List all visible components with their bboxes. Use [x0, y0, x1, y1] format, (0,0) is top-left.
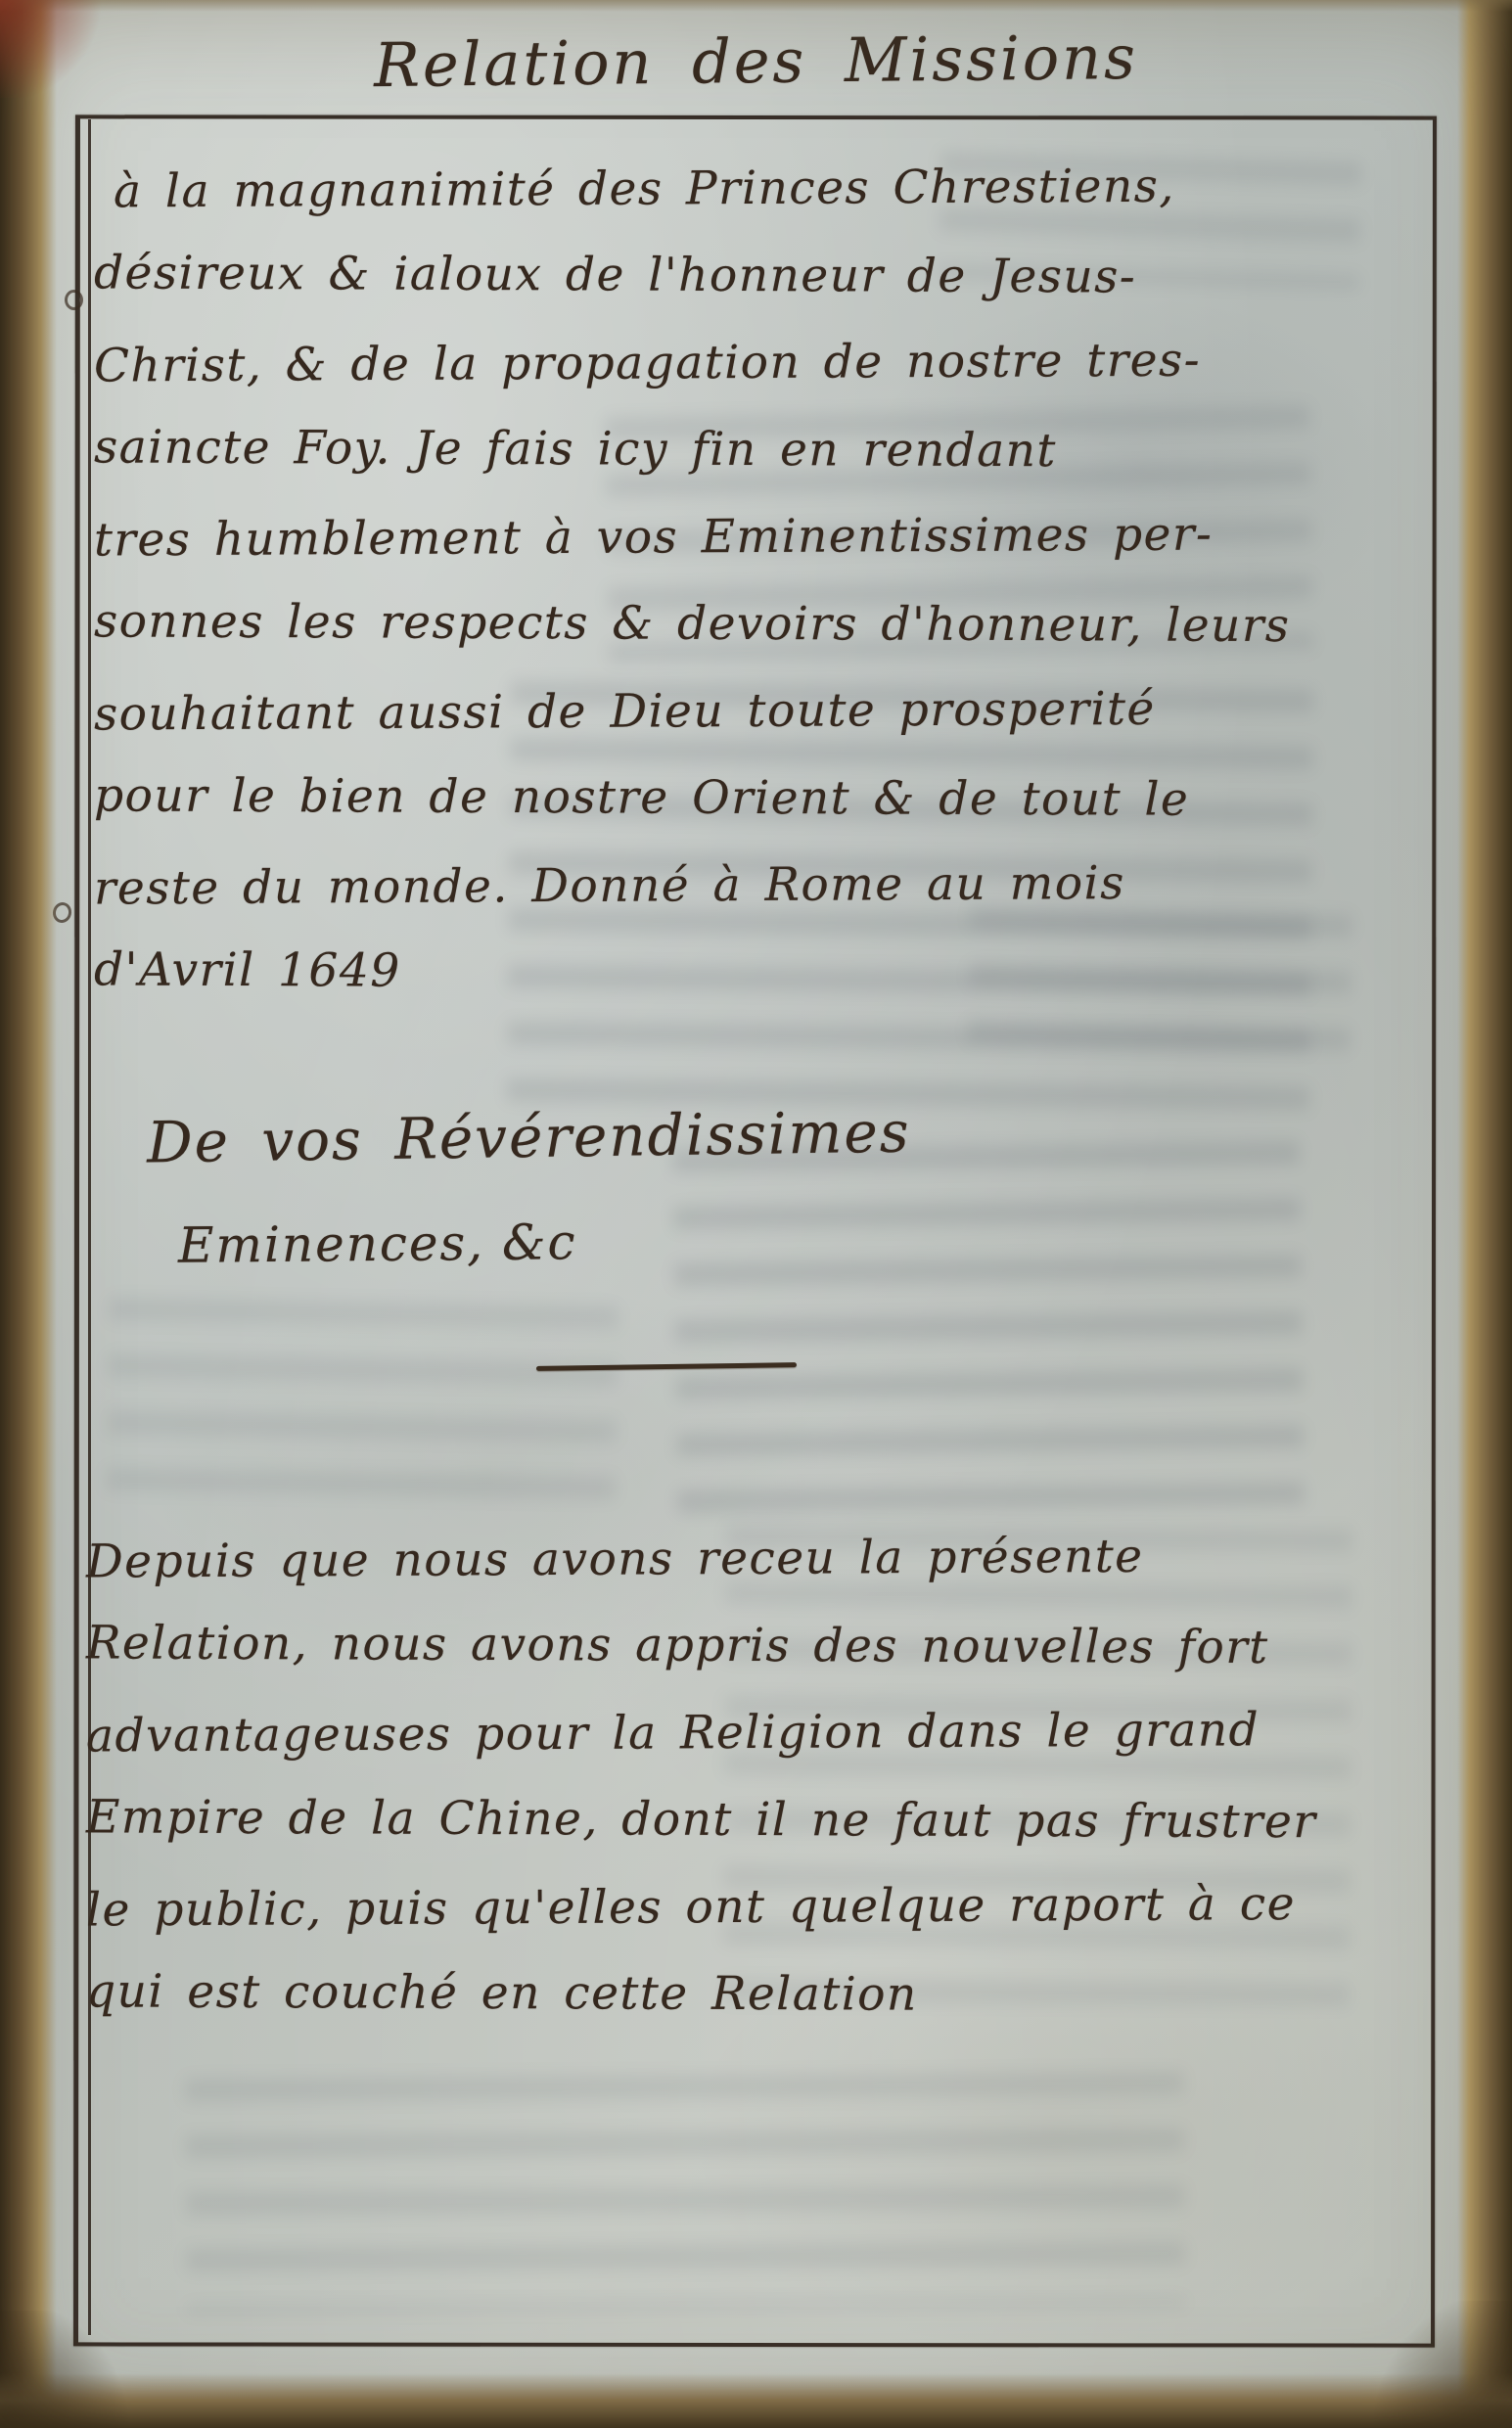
- manuscript-line: reste du monde. Donné à Rome au mois: [94, 838, 1410, 932]
- subscription-line-2: Eminences, &c: [178, 1214, 577, 1274]
- manuscript-line: advantageuses pour la Religion dans le g…: [86, 1685, 1402, 1779]
- corner-stain: [1365, 2301, 1512, 2428]
- postscript-paragraph: Depuis que nous avons receu la présente …: [86, 1515, 1402, 2038]
- manuscript-line: pour le bien de nostre Orient & de tout …: [94, 752, 1410, 844]
- manuscript-line: Christ, & de la propagation de nostre tr…: [94, 315, 1410, 409]
- manuscript-line: le public, puis qu'elles ont quelque rap…: [86, 1859, 1402, 1953]
- page-edge-left: [0, 0, 57, 2428]
- ink-mark: [65, 290, 83, 310]
- page-edge-bottom: [0, 2373, 1512, 2428]
- corner-stain: [0, 0, 108, 98]
- manuscript-line: sonnes les respects & devoirs d'honneur,…: [94, 577, 1410, 669]
- dedication-paragraph: à la magnanimité des Princes Chrestiens,…: [94, 145, 1410, 1016]
- manuscript-line: qui est couché en cette Relation: [86, 1947, 1402, 2039]
- manuscript-photo: Relation des Missions à la magnanimité d…: [0, 0, 1512, 2428]
- manuscript-line: tres humblement à vos Eminentissimes per…: [94, 489, 1410, 583]
- manuscript-line: Depuis que nous avons receu la présente: [86, 1511, 1402, 1605]
- manuscript-line: d'Avril 1649: [94, 926, 1410, 1018]
- manuscript-line: Empire de la Chine, dont il ne faut pas …: [86, 1773, 1402, 1865]
- manuscript-line: à la magnanimité des Princes Chrestiens,: [94, 141, 1410, 235]
- page-edge-right: [1457, 0, 1512, 2428]
- corner-stain: [0, 2311, 137, 2428]
- page-edge-top: [0, 0, 1512, 12]
- manuscript-line: saincte Foy. Je fais icy fin en rendant: [94, 403, 1410, 495]
- manuscript-line: désireux & ialoux de l'honneur de Jesus-: [94, 229, 1410, 321]
- manuscript-line: souhaitant aussi de Dieu toute prosperit…: [94, 664, 1410, 757]
- manuscript-line: Relation, nous avons appris des nouvelle…: [86, 1599, 1402, 1691]
- subscription-line-1: De vos Révérendissimes: [147, 1099, 911, 1176]
